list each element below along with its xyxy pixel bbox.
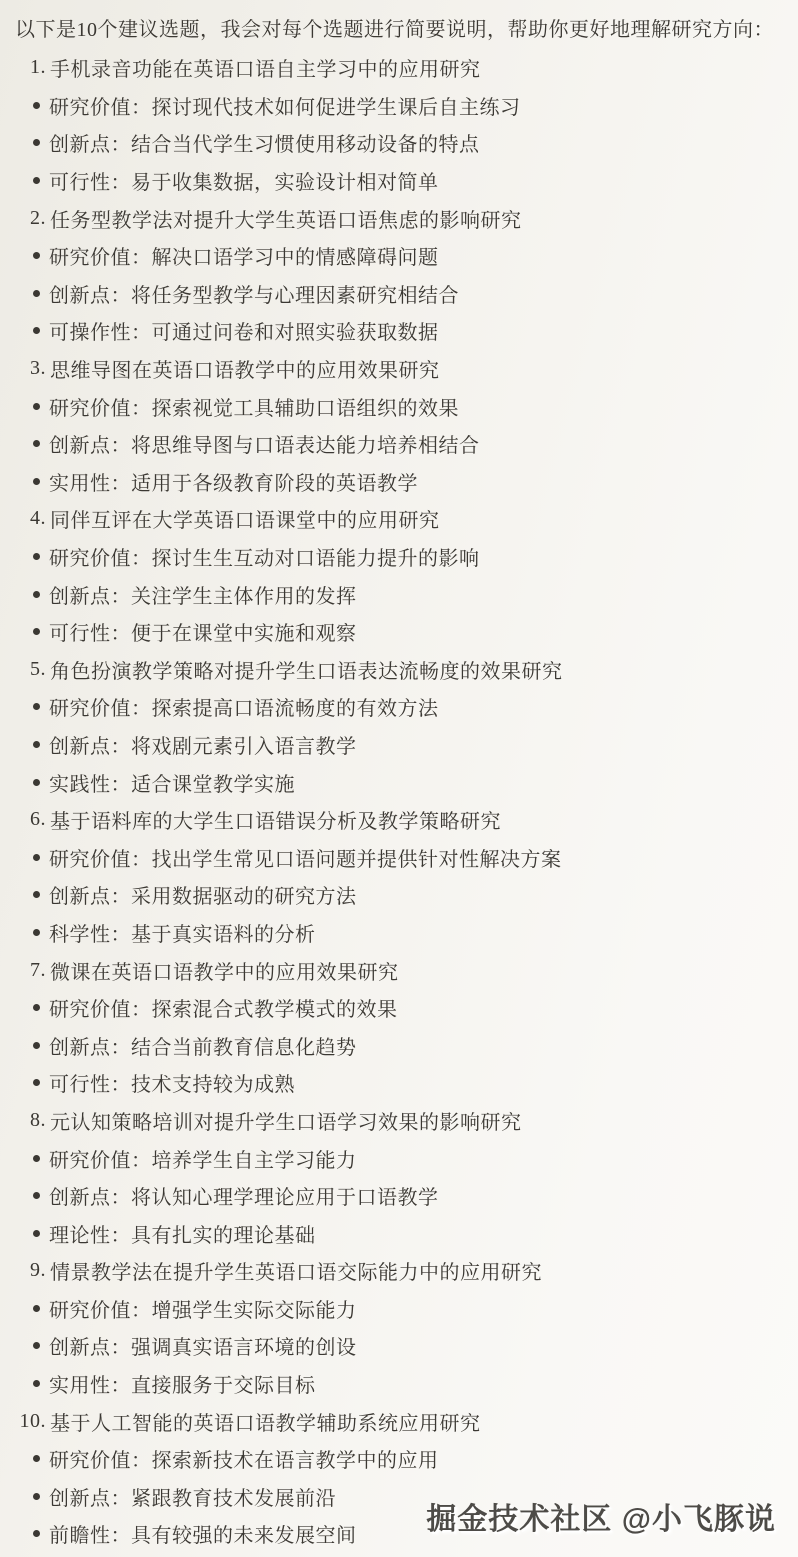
topic-title-row: 1. 手机录音功能在英语口语自主学习中的应用研究 — [0, 49, 798, 87]
bullet-text: 创新点：强调真实语言环境的创设 — [49, 1331, 357, 1360]
bullet-row: 创新点：将戏剧元素引入语言教学 — [0, 726, 798, 764]
bullet-row: 实用性：适用于各级教育阶段的英语教学 — [0, 463, 798, 501]
bullet-row: 研究价值：探讨现代技术如何促进学生课后自主练习 — [0, 87, 798, 125]
topic-title-row: 9. 情景教学法在提升学生英语口语交际能力中的应用研究 — [0, 1252, 798, 1290]
topic-title: 任务型教学法对提升大学生英语口语焦虑的影响研究 — [46, 204, 522, 233]
bullet-text: 研究价值：解决口语学习中的情感障碍问题 — [49, 241, 439, 270]
bullet-row: 创新点：将认知心理学理论应用于口语教学 — [0, 1177, 798, 1215]
topic-title: 基于人工智能的英语口语教学辅助系统应用研究 — [46, 1407, 481, 1436]
bullet-row: 创新点：采用数据驱动的研究方法 — [0, 876, 798, 914]
topic-number: 7. — [0, 959, 46, 982]
bullet-dot-icon — [33, 139, 40, 146]
bullet-row: 可行性：技术支持较为成熟 — [0, 1064, 798, 1102]
bullet-text: 研究价值：增强学生实际交际能力 — [49, 1294, 357, 1323]
bullet-row: 创新点：结合当代学生习惯使用移动设备的特点 — [0, 124, 798, 162]
bullet-dot-icon — [33, 779, 40, 786]
bullet-text: 创新点：结合当代学生习惯使用移动设备的特点 — [49, 128, 480, 157]
intro-text: 以下是10个建议选题，我会对每个选题进行简要说明，帮助你更好地理解研究方向： — [0, 5, 798, 49]
bullet-text: 实用性：适用于各级教育阶段的英语教学 — [49, 467, 418, 496]
topic-title-row: 2. 任务型教学法对提升大学生英语口语焦虑的影响研究 — [0, 199, 798, 237]
bullet-dot-icon — [33, 102, 40, 109]
bullet-row: 科学性：基于真实语料的分析 — [0, 914, 798, 952]
bullet-dot-icon — [33, 1192, 40, 1199]
bullet-row: 可行性：便于在课堂中实施和观察 — [0, 613, 798, 651]
topic-number: 4. — [0, 507, 46, 530]
bullet-text: 实践性：适合课堂教学实施 — [49, 768, 295, 797]
bullet-dot-icon — [33, 1079, 40, 1086]
bullet-text: 可行性：易于收集数据，实验设计相对简单 — [49, 166, 439, 195]
bullet-row: 创新点：关注学生主体作用的发挥 — [0, 575, 798, 613]
bullet-row: 创新点：结合当前教育信息化趋势 — [0, 1026, 798, 1064]
bullet-row: 研究价值：探索新技术在语言教学中的应用 — [0, 1440, 798, 1478]
bullet-dot-icon — [33, 177, 40, 184]
topic-number: 3. — [0, 357, 46, 380]
bullet-dot-icon — [33, 1342, 40, 1349]
bullet-row: 研究价值：探索视觉工具辅助口语组织的效果 — [0, 387, 798, 425]
bullet-text: 创新点：紧跟教育技术发展前沿 — [49, 1482, 336, 1511]
bullet-text: 创新点：将认知心理学理论应用于口语教学 — [49, 1181, 439, 1210]
document-body: 以下是10个建议选题，我会对每个选题进行简要说明，帮助你更好地理解研究方向： 1… — [0, 0, 798, 1553]
bullet-text: 理论性：具有扎实的理论基础 — [49, 1219, 316, 1248]
bullet-dot-icon — [33, 1155, 40, 1162]
bullet-dot-icon — [33, 1493, 40, 1500]
bullet-dot-icon — [33, 1230, 40, 1237]
bullet-dot-icon — [33, 290, 40, 297]
bullet-row: 创新点：将任务型教学与心理因素研究相结合 — [0, 275, 798, 313]
bullet-text: 科学性：基于真实语料的分析 — [49, 918, 316, 947]
bullet-text: 创新点：采用数据驱动的研究方法 — [49, 880, 357, 909]
topic-title: 角色扮演教学策略对提升学生口语表达流畅度的效果研究 — [46, 655, 563, 684]
bullet-text: 研究价值：找出学生常见口语问题并提供针对性解决方案 — [49, 843, 562, 872]
bullet-dot-icon — [33, 1305, 40, 1312]
topic-number: 8. — [0, 1109, 46, 1132]
bullet-row: 研究价值：培养学生自主学习能力 — [0, 1139, 798, 1177]
topic-number: 5. — [0, 658, 46, 681]
bullet-text: 研究价值：探索视觉工具辅助口语组织的效果 — [49, 392, 459, 421]
bullet-text: 创新点：将任务型教学与心理因素研究相结合 — [49, 279, 459, 308]
bullet-text: 创新点：将戏剧元素引入语言教学 — [49, 730, 357, 759]
bullet-dot-icon — [33, 1455, 40, 1462]
bullet-row: 实践性：适合课堂教学实施 — [0, 763, 798, 801]
bullet-text: 可操作性：可通过问卷和对照实验获取数据 — [49, 316, 439, 345]
bullet-dot-icon — [33, 703, 40, 710]
bullet-text: 研究价值：探讨生生互动对口语能力提升的影响 — [49, 542, 480, 571]
topic-title-row: 5. 角色扮演教学策略对提升学生口语表达流畅度的效果研究 — [0, 651, 798, 689]
bullet-text: 创新点：将思维导图与口语表达能力培养相结合 — [49, 429, 480, 458]
bullet-row: 研究价值：解决口语学习中的情感障碍问题 — [0, 237, 798, 275]
bullet-row: 创新点：强调真实语言环境的创设 — [0, 1327, 798, 1365]
topic-number: 1. — [0, 56, 46, 79]
bullet-dot-icon — [33, 553, 40, 560]
bullet-dot-icon — [33, 1380, 40, 1387]
topic-number: 9. — [0, 1259, 46, 1282]
topic-title-row: 10. 基于人工智能的英语口语教学辅助系统应用研究 — [0, 1402, 798, 1440]
bullet-dot-icon — [33, 591, 40, 598]
bullet-dot-icon — [33, 440, 40, 447]
topic-title: 微课在英语口语教学中的应用效果研究 — [46, 956, 399, 985]
bullet-dot-icon — [33, 1530, 40, 1537]
bullet-dot-icon — [33, 929, 40, 936]
bullet-dot-icon — [33, 403, 40, 410]
topic-title: 手机录音功能在英语口语自主学习中的应用研究 — [46, 53, 481, 82]
bullet-text: 研究价值：探索提高口语流畅度的有效方法 — [49, 692, 439, 721]
topic-title: 思维导图在英语口语教学中的应用效果研究 — [46, 354, 440, 383]
bullet-text: 创新点：结合当前教育信息化趋势 — [49, 1031, 357, 1060]
bullet-row: 研究价值：探索提高口语流畅度的有效方法 — [0, 688, 798, 726]
bullet-row: 理论性：具有扎实的理论基础 — [0, 1214, 798, 1252]
bullet-row: 研究价值：探讨生生互动对口语能力提升的影响 — [0, 538, 798, 576]
bullet-text: 研究价值：培养学生自主学习能力 — [49, 1144, 357, 1173]
topic-number: 2. — [0, 207, 46, 230]
bullet-dot-icon — [33, 741, 40, 748]
bullet-text: 实用性：直接服务于交际目标 — [49, 1369, 316, 1398]
bullet-row: 创新点：将思维导图与口语表达能力培养相结合 — [0, 425, 798, 463]
bullet-dot-icon — [33, 252, 40, 259]
bullet-text: 前瞻性：具有较强的未来发展空间 — [49, 1519, 357, 1548]
watermark: 掘金技术社区 @小飞豚说 — [426, 1494, 776, 1538]
bullet-text: 可行性：技术支持较为成熟 — [49, 1068, 295, 1097]
topic-title: 基于语料库的大学生口语错误分析及教学策略研究 — [46, 805, 501, 834]
bullet-row: 研究价值：增强学生实际交际能力 — [0, 1290, 798, 1328]
bullet-text: 创新点：关注学生主体作用的发挥 — [49, 580, 357, 609]
bullet-dot-icon — [33, 1042, 40, 1049]
topic-title-row: 8. 元认知策略培训对提升学生口语学习效果的影响研究 — [0, 1102, 798, 1140]
topic-title: 情景教学法在提升学生英语口语交际能力中的应用研究 — [46, 1256, 542, 1285]
topic-title-row: 6. 基于语料库的大学生口语错误分析及教学策略研究 — [0, 801, 798, 839]
bullet-text: 可行性：便于在课堂中实施和观察 — [49, 617, 357, 646]
bullet-row: 实用性：直接服务于交际目标 — [0, 1365, 798, 1403]
bullet-dot-icon — [33, 1004, 40, 1011]
bullet-row: 研究价值：探索混合式教学模式的效果 — [0, 989, 798, 1027]
bullet-row: 可操作性：可通过问卷和对照实验获取数据 — [0, 312, 798, 350]
topic-title-row: 4. 同伴互评在大学英语口语课堂中的应用研究 — [0, 500, 798, 538]
bullet-text: 研究价值：探索新技术在语言教学中的应用 — [49, 1444, 439, 1473]
topic-title: 同伴互评在大学英语口语课堂中的应用研究 — [46, 504, 440, 533]
topic-number: 10. — [0, 1410, 46, 1433]
bullet-dot-icon — [33, 478, 40, 485]
bullet-row: 研究价值：找出学生常见口语问题并提供针对性解决方案 — [0, 838, 798, 876]
bullet-dot-icon — [33, 891, 40, 898]
bullet-text: 研究价值：探讨现代技术如何促进学生课后自主练习 — [49, 91, 521, 120]
topic-number: 6. — [0, 808, 46, 831]
topic-title: 元认知策略培训对提升学生口语学习效果的影响研究 — [46, 1106, 522, 1135]
topic-title-row: 7. 微课在英语口语教学中的应用效果研究 — [0, 951, 798, 989]
bullet-dot-icon — [33, 854, 40, 861]
topic-title-row: 3. 思维导图在英语口语教学中的应用效果研究 — [0, 350, 798, 388]
bullet-row: 可行性：易于收集数据，实验设计相对简单 — [0, 162, 798, 200]
bullet-dot-icon — [33, 327, 40, 334]
bullet-text: 研究价值：探索混合式教学模式的效果 — [49, 993, 398, 1022]
bullet-dot-icon — [33, 628, 40, 635]
